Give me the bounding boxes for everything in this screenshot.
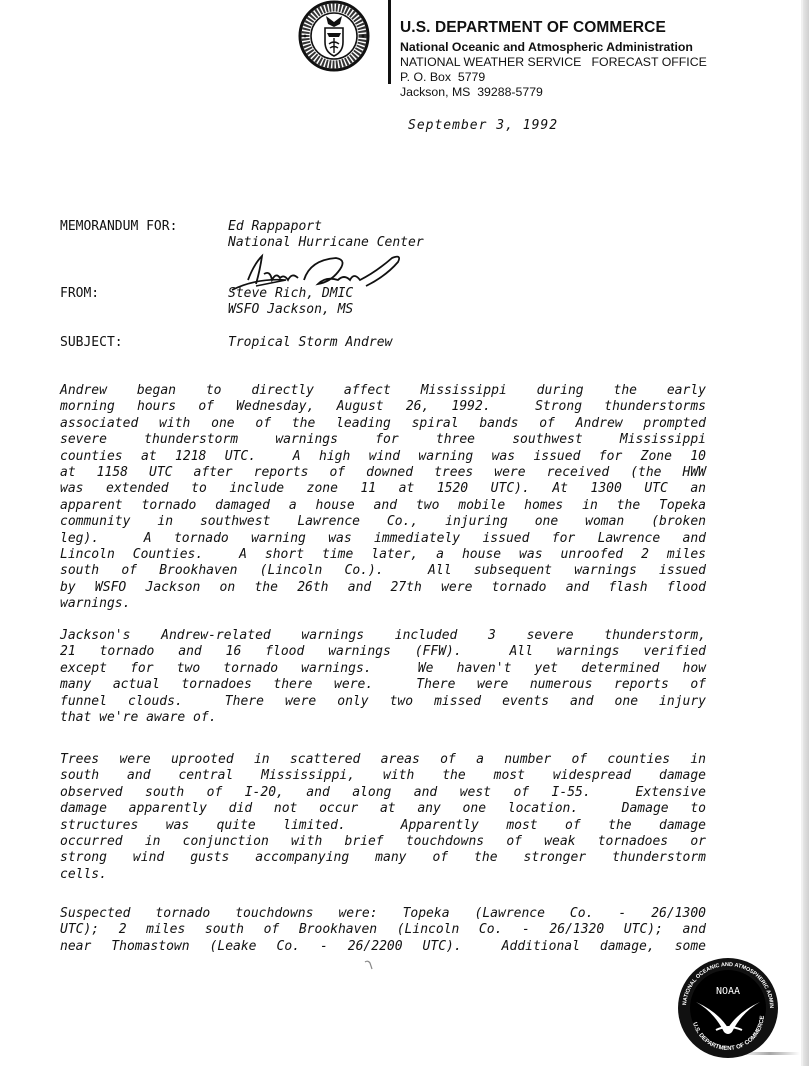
department-of-commerce-seal-icon [298,0,370,72]
svg-text:NOAA: NOAA [716,986,740,997]
paragraph-line: near Thomastown (Leake Co. - 26/2200 UTC… [60,939,706,955]
letterhead-agency: National Oceanic and Atmospheric Adminis… [400,40,693,54]
paragraph-line: warnings. [60,596,706,612]
paragraph-line: structures was quite limited. Apparently… [60,818,706,834]
paragraph-1: Andrew began to directly affect Mississi… [60,383,706,612]
memo-for-org: National Hurricane Center [228,235,424,250]
paragraph-line: 21 tornado and 16 flood warnings (FFW). … [60,644,706,660]
paragraph-line: at 1158 UTC after reports of downed tree… [60,465,706,481]
paragraph-line: strong wind gusts accompanying many of t… [60,850,706,866]
paragraph-line: Suspected tornado touchdowns were: Topek… [60,906,706,922]
memo-for-name: Ed Rappaport [228,219,322,234]
noaa-logo-icon: NATIONAL OCEANIC AND ATMOSPHERIC ADMINIS… [672,952,784,1064]
paragraph-4: Suspected tornado touchdowns were: Topek… [60,906,706,955]
memo-from-org: WSFO Jackson, MS [228,302,353,317]
paragraph-line: Trees were uprooted in scattered areas o… [60,752,706,768]
paragraph-line: Jackson's Andrew-related warnings includ… [60,628,706,644]
paragraph-line: by WSFO Jackson on the 26th and 27th wer… [60,580,706,596]
paragraph-line: many actual tornadoes there were. There … [60,677,706,693]
memo-from-name: Steve Rich, DMIC [228,286,353,301]
paragraph-line: except for two tornado warnings. We have… [60,661,706,677]
memo-date: September 3, 1992 [408,118,558,133]
paragraph-3: Trees were uprooted in scattered areas o… [60,752,706,883]
page-fold-shadow [740,1052,800,1055]
scan-smudge [362,958,376,972]
paragraph-line: associated with one of the leading spira… [60,416,706,432]
paragraph-line: morning hours of Wednesday, August 26, 1… [60,399,706,415]
letterhead-office: NATIONAL WEATHER SERVICE FORECAST OFFICE [400,55,707,69]
letterhead-po-box: P. O. Box 5779 [400,70,485,84]
memo-from-label: FROM: [60,286,99,301]
page-edge [803,0,809,1066]
paragraph-line: UTC); 2 miles south of Brookhaven (Linco… [60,922,706,938]
paragraph-line: south and central Mississippi, with the … [60,768,706,784]
paragraph-line: Andrew began to directly affect Mississi… [60,383,706,399]
paragraph-line: Lincoln Counties. A short time later, a … [60,547,706,563]
memo-subject: Tropical Storm Andrew [228,335,392,350]
letterhead-city: Jackson, MS 39288-5779 [400,85,543,99]
paragraph-line: counties at 1218 UTC. A high wind warnin… [60,449,706,465]
paragraph-line: funnel clouds. There were only two misse… [60,694,706,710]
paragraph-line: damage apparently did not occur at any o… [60,801,706,817]
paragraph-line: south of Brookhaven (Lincoln Co.). All s… [60,563,706,579]
paragraph-line: apparent tornado damaged a house and two… [60,498,706,514]
letterhead-department: U.S. DEPARTMENT OF COMMERCE [400,19,666,37]
paragraph-line: severe thunderstorm warnings for three s… [60,432,706,448]
paragraph-line: observed south of I-20, and along and we… [60,785,706,801]
paragraph-line: that we're aware of. [60,710,706,726]
paragraph-line: occurred in conjunction with brief touch… [60,834,706,850]
memo-for-label: MEMORANDUM FOR: [60,219,177,234]
paragraph-line: leg). A tornado warning was immediately … [60,531,706,547]
letterhead-divider [388,0,391,84]
paragraph-line: was extended to include zone 11 at 1520 … [60,481,706,497]
memo-subject-label: SUBJECT: [60,335,123,350]
paragraph-2: Jackson's Andrew-related warnings includ… [60,628,706,726]
paragraph-line: community in southwest Lawrence Co., inj… [60,514,706,530]
paragraph-line: cells. [60,867,706,883]
